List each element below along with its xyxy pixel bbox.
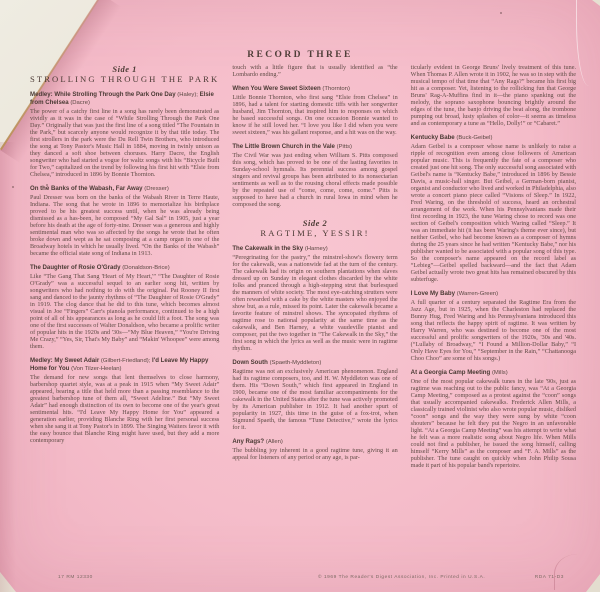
track-notes: Like “The Gang That Sang 'Heart of My He… — [30, 273, 219, 350]
catalog-number-left: 17 RM 12330 — [58, 575, 93, 580]
track-title: The Cakewalk in the Sky — [232, 245, 303, 252]
track-entry: Kentucky Babe (Buck-Geibel) Adam Geibel … — [411, 134, 576, 283]
track-title: On the Banks of the Wabash, Far Away — [30, 185, 143, 192]
dust-speck — [500, 12, 502, 14]
track-notes: A full quarter of a century separated th… — [411, 299, 576, 362]
track-heading: Medley: While Strolling Through the Park… — [30, 91, 219, 107]
sleeve-edge-shadow — [0, 142, 16, 592]
copyright-notice: © 1969 The Reader's Digest Association, … — [318, 575, 485, 580]
column-middle: touch with a little figure that is usual… — [232, 64, 397, 548]
side1-heading: Side 1 STROLLING THROUGH THE PARK — [30, 66, 219, 83]
track-composer: (Pitts) — [337, 144, 352, 150]
side1-label: Side 1 — [30, 66, 219, 73]
track-notes: The power of a catchy first line in a so… — [30, 108, 219, 178]
record-title: RECORD THREE — [0, 50, 600, 60]
track-composer: (Buck-Geibel) — [456, 135, 492, 141]
track-notes: Ragtime was not an exclusively American … — [232, 368, 397, 431]
track-title: The Daughter of Rosie O'Grady — [30, 264, 121, 271]
dust-speck — [12, 186, 14, 188]
track-heading: The Daughter of Rosie O'Grady (Donaldson… — [30, 264, 219, 272]
track-entry: I Love My Baby (Warren-Green) A full qua… — [411, 290, 576, 362]
track-composer: (Spaeth-Myddleton) — [270, 360, 322, 366]
track-notes: Paul Dresser was born on the banks of th… — [30, 194, 219, 257]
track-composer: (Gilbert-Friedland); — [101, 358, 150, 364]
track-composer: (Donaldson-Brice) — [122, 265, 169, 271]
track-notes-continued: ticularly evident in George Bruns' livel… — [411, 64, 576, 127]
track-title: I Love My Baby — [411, 290, 455, 297]
track-heading: Down South (Spaeth-Myddleton) — [232, 359, 397, 367]
track-notes-continued: touch with a little figure that is usual… — [232, 64, 397, 78]
liner-notes: Side 1 STROLLING THROUGH THE PARK Medley… — [30, 64, 576, 548]
track-entry: Any Rags? (Allen) The bubbling joy inher… — [232, 438, 397, 461]
track-notes: “Peregrinating for the pastry,” the mins… — [232, 254, 397, 352]
track-entry: On the Banks of the Wabash, Far Away (Dr… — [30, 185, 219, 257]
side2-heading: Side 2 RAGTIME, YESSIR! — [232, 220, 397, 237]
track-notes: Adam Geibel is a composer whose name is … — [411, 143, 576, 283]
catalog-number-right: RDA 71-D3 — [535, 575, 564, 580]
track-entry: Medley: While Strolling Through the Park… — [30, 91, 219, 178]
column-right: ticularly evident in George Bruns' livel… — [411, 64, 576, 548]
side2-title: RAGTIME, YESSIR! — [232, 230, 397, 237]
track-title: The Little Brown Church in the Vale — [232, 143, 335, 150]
track-entry: The Daughter of Rosie O'Grady (Donaldson… — [30, 264, 219, 350]
track-title: At a Georgia Camp Meeting — [411, 369, 491, 376]
track-entry: Down South (Spaeth-Myddleton) Ragtime wa… — [232, 359, 397, 431]
track-heading: When You Were Sweet Sixteen (Thornton) — [232, 85, 397, 93]
track-title: Down South — [232, 359, 268, 366]
track-title: When You Were Sweet Sixteen — [232, 85, 320, 92]
track-heading: The Little Brown Church in the Vale (Pit… — [232, 143, 397, 151]
track-composer: (Thornton) — [322, 86, 350, 92]
track-title: Kentucky Babe — [411, 134, 455, 141]
bottom-right-crease — [554, 554, 597, 590]
track-heading: At a Georgia Camp Meeting (Mills) — [411, 369, 576, 377]
track-composer: (Mills) — [492, 370, 508, 376]
track-composer: (Dresser) — [144, 186, 169, 192]
column-left: Side 1 STROLLING THROUGH THE PARK Medley… — [30, 64, 219, 548]
track-notes: One of the most popular cakewalk tunes i… — [411, 378, 576, 469]
track-title: Medley: While Strolling Through the Park… — [30, 91, 176, 98]
track-notes: Little Bonnie Thornton, who first sang “… — [232, 94, 397, 136]
track-composer: (Haley); — [177, 92, 198, 98]
track-notes: The Civil War was just ending when Willi… — [232, 152, 397, 208]
side1-title: STROLLING THROUGH THE PARK — [30, 76, 219, 83]
track-composer: (Dacre) — [70, 100, 90, 106]
track-heading: Kentucky Babe (Buck-Geibel) — [411, 134, 576, 142]
track-heading: I Love My Baby (Warren-Green) — [411, 290, 576, 298]
track-composer: (Von Tilzer-Heelan) — [71, 366, 121, 372]
track-entry: The Cakewalk in the Sky (Harney) “Peregr… — [232, 245, 397, 352]
album-sleeve-photo: RECORD THREE Side 1 STROLLING THROUGH TH… — [0, 0, 600, 592]
track-notes: The bubbling joy inherent in a good ragt… — [232, 447, 397, 461]
track-heading: The Cakewalk in the Sky (Harney) — [232, 245, 397, 253]
track-entry: When You Were Sweet Sixteen (Thornton) L… — [232, 85, 397, 136]
side2-label: Side 2 — [232, 220, 397, 227]
track-title: Medley: My Sweet Adair — [30, 357, 99, 364]
track-entry: The Little Brown Church in the Vale (Pit… — [232, 143, 397, 208]
track-entry: Medley: My Sweet Adair (Gilbert-Friedlan… — [30, 357, 219, 444]
track-heading: Medley: My Sweet Adair (Gilbert-Friedlan… — [30, 357, 219, 373]
track-heading: On the Banks of the Wabash, Far Away (Dr… — [30, 185, 219, 193]
track-composer: (Allen) — [266, 439, 283, 445]
track-composer: (Harney) — [305, 246, 328, 252]
track-heading: Any Rags? (Allen) — [232, 438, 397, 446]
track-notes: The demand for new songs that lent thems… — [30, 374, 219, 444]
track-title: Any Rags? — [232, 438, 264, 445]
track-entry: At a Georgia Camp Meeting (Mills) One of… — [411, 369, 576, 469]
track-composer: (Warren-Green) — [457, 291, 498, 297]
